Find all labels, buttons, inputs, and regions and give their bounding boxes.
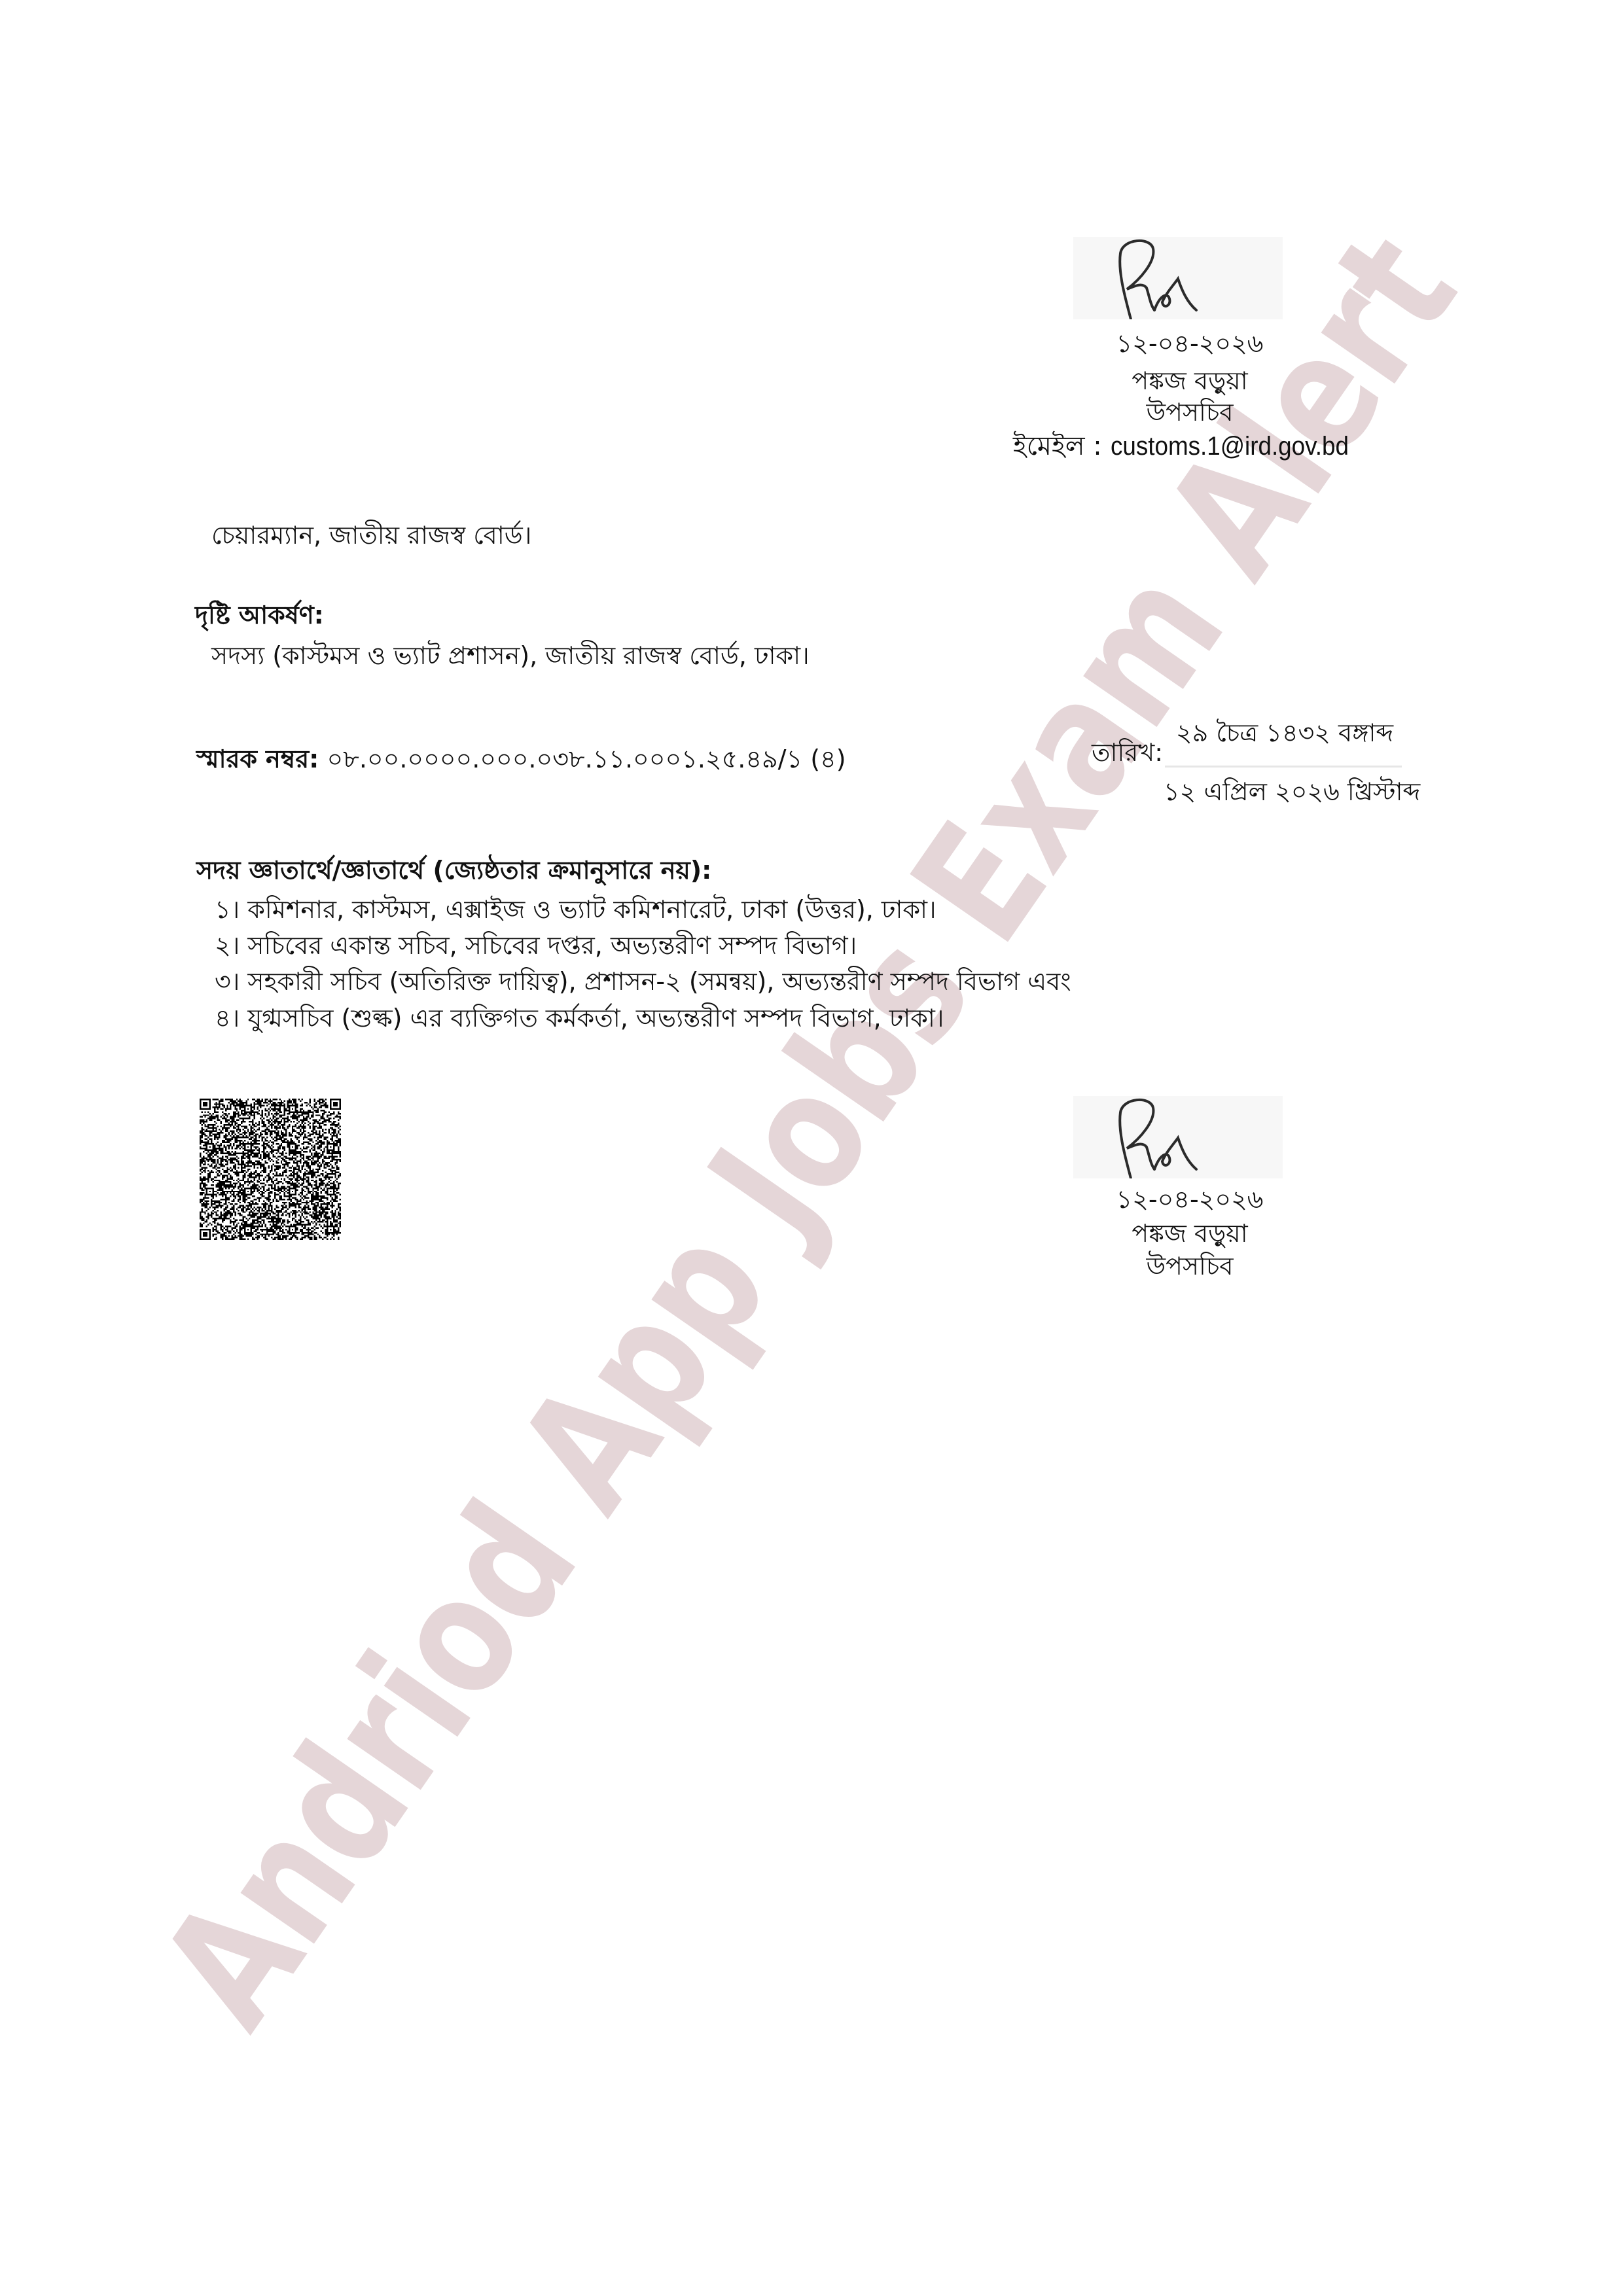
top-signature-name: পঙ্কজ বড়ুয়া	[1059, 368, 1321, 393]
signature-icon	[1073, 1096, 1283, 1178]
date-bangla: ২৯ চৈত্র ১৪৩২ বঙ্গাব্দ	[1164, 720, 1406, 745]
bottom-signature-name: পঙ্কজ বড়ুয়া	[1059, 1221, 1321, 1246]
document-page: Andriod App Jobs Exam Alert ১২-০৪-২০২৬ প…	[0, 0, 1623, 2296]
distribution-item: ৪। যুগ্মসচিব (শুল্ক) এর ব্যক্তিগত কর্মকর…	[215, 1006, 944, 1031]
distribution-item: ১। কমিশনার, কাস্টমস, এক্সাইজ ও ভ্যাট কমি…	[215, 897, 936, 922]
email-address[interactable]: customs.1@ird.gov.bd	[1111, 433, 1349, 459]
signature-icon	[1073, 237, 1283, 319]
signature-image	[1073, 1096, 1283, 1178]
top-signature-email-line: ইমেইল : customs.1@ird.gov.bd	[916, 433, 1466, 459]
email-label: ইমেইল :	[1013, 431, 1102, 461]
distribution-heading: সদয় জ্ঞাতার্থে/জ্ঞাতার্থে (জ্যেষ্ঠতার ক…	[196, 858, 711, 883]
top-signature-date: ১২-০৪-২০২৬	[1059, 331, 1321, 356]
date-label: তারিখ:	[1092, 740, 1163, 765]
date-divider	[1165, 766, 1402, 768]
document-content: ১২-০৪-২০২৬ পঙ্কজ বড়ুয়া উপসচিব ইমেইল : …	[0, 0, 1623, 2296]
bottom-signature-designation: উপসচিব	[1059, 1254, 1321, 1279]
memo-label: স্মারক নম্বর:	[196, 745, 319, 773]
memo-line: স্মারক নম্বর: ০৮.০০.০০০০.০০০.০৩৮.১১.০০০১…	[196, 747, 846, 771]
attention-label: দৃষ্টি আকর্ষণ:	[195, 603, 324, 627]
signature-image	[1073, 237, 1283, 319]
recipient: চেয়ারম্যান, জাতীয় রাজস্ব বোর্ড।	[211, 523, 531, 548]
date-gregorian: ১২ এপ্রিল ২০২৬ খ্রিস্টাব্দ	[1164, 779, 1406, 804]
bottom-signature-date: ১২-০৪-২০২৬	[1059, 1187, 1321, 1212]
top-signature-designation: উপসচিব	[1059, 400, 1321, 425]
qr-code-icon	[200, 1099, 341, 1240]
distribution-item: ৩। সহকারী সচিব (অতিরিক্ত দায়িত্ব), প্রশ…	[215, 969, 1071, 994]
distribution-item: ২। সচিবের একান্ত সচিব, সচিবের দপ্তর, অভ্…	[215, 933, 857, 958]
memo-number: ০৮.০০.০০০০.০০০.০৩৮.১১.০০০১.২৫.৪৯/১ (৪)	[327, 745, 846, 773]
attention-value: সদস্য (কাস্টমস ও ভ্যাট প্রশাসন), জাতীয় …	[211, 643, 810, 668]
